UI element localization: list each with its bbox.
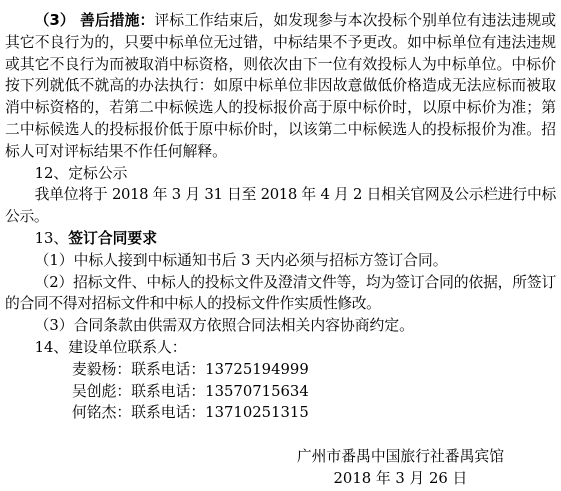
contact-list: 麦毅杨：联系电话：13725194999 吴创彪：联系电话：1357071563… — [5, 359, 556, 424]
document-page: （3） 善后措施：评标工作结束后，如发现参与本次投标个别单位有违法违规或其它不良… — [0, 0, 561, 491]
contact-line: 麦毅杨：联系电话：13725194999 — [72, 359, 556, 381]
item12-heading: 12、定标公示 — [5, 163, 556, 185]
paragraph-aftermath: （3） 善后措施：评标工作结束后，如发现参与本次投标个别单位有违法违规或其它不良… — [5, 10, 556, 163]
document-body: （3） 善后措施：评标工作结束后，如发现参与本次投标个别单位有违法违规或其它不良… — [5, 10, 556, 490]
item13-subitem-1: （1）中标人接到中标通知书后 3 天内必须与招标方签订合同。 — [5, 250, 556, 272]
signature-org: 广州市番禺中国旅行社番禺宾馆 — [297, 446, 504, 468]
item13-heading-label: 签订合同要求 — [68, 230, 157, 247]
signature-block: 广州市番禺中国旅行社番禺宾馆 2018 年 3 月 26 日 — [297, 446, 504, 490]
contact-line: 吴创彪：联系电话：13570715634 — [72, 381, 556, 403]
item13-heading-line: 13、签订合同要求 — [5, 228, 556, 250]
contact-line: 何铭杰：联系电话：13710251315 — [72, 402, 556, 424]
item14-heading: 14、建设单位联系人： — [5, 337, 556, 359]
item13-number: 13、 — [35, 230, 69, 247]
item13-subitem-2: （2）招标文件、中标人的投标文件及澄清文件等，均为签订合同的依据，所签订的合同不… — [5, 272, 556, 316]
aftermath-heading-label: （3） 善后措施： — [35, 12, 155, 29]
aftermath-paragraph-text: 评标工作结束后，如发现参与本次投标个别单位有违法违规或其它不良行为的，只要中标单… — [5, 12, 556, 160]
signature-date: 2018 年 3 月 26 日 — [297, 468, 504, 490]
item12-body: 我单位将于 2018 年 3 月 31 日至 2018 年 4 月 2 日相关官… — [5, 184, 556, 228]
item13-subitem-3: （3）合同条款由供需双方依照合同法相关内容协商约定。 — [5, 315, 556, 337]
